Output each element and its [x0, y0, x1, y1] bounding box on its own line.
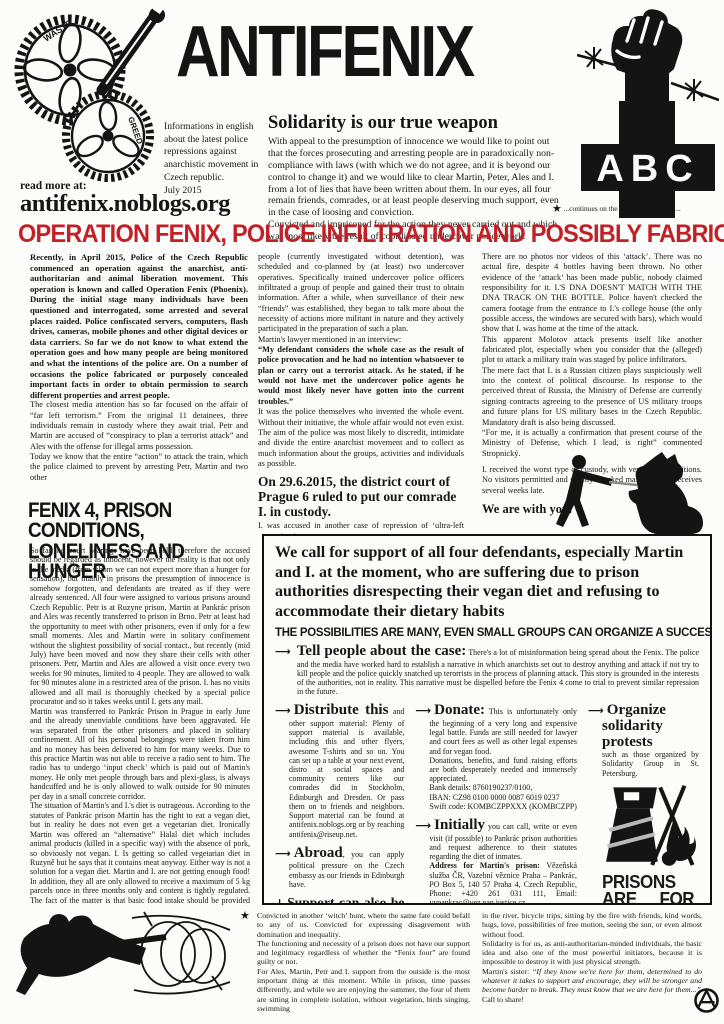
article-paragraph: There are no photos nor videos of this ‘…	[482, 252, 702, 335]
right-arrow-icon: ⟶	[588, 704, 607, 717]
footer-column-2: in the river, bicycle trips, sitting by …	[482, 911, 702, 1004]
right-arrow-icon: ⟶	[415, 704, 434, 717]
footer-paragraph: For Ales, Martin, Petr and I. support fr…	[257, 967, 470, 1013]
antifenix-flyer-page: WASTE GREED ANTIFENIX Informations in en…	[0, 0, 724, 1024]
distribute-item: ⟶Distribute this and other support mater…	[289, 703, 404, 838]
support-call-box: We call for support of all four defendan…	[262, 534, 712, 905]
creative-item: ↓Support can also be expressed through c…	[289, 896, 404, 905]
main-headline: OPERATION FENIX, POLICE INFILTRATION AND…	[18, 220, 695, 249]
right-arrow-icon: ⟶	[275, 847, 294, 860]
article-paragraph: This apparent Molotov attack presents it…	[482, 335, 702, 366]
martin-address-label: Address for Martin's prison:	[429, 861, 540, 870]
abc-fist-logo: ABC	[577, 5, 719, 218]
footer-column-1: ★ Convicted in another ‘witch’ hunt, whe…	[257, 911, 470, 1013]
sister-label: Martin's sister:	[482, 967, 529, 976]
donate-lead: Donate:	[434, 702, 485, 718]
sabotage-gears-icon: WASTE GREED	[10, 6, 168, 184]
man-pulling-horse-icon	[553, 452, 708, 534]
burning-watchtower-icon	[602, 784, 699, 870]
box-column-organize: ⟶Organize solidarity protests such as th…	[588, 703, 699, 905]
article-paragraph: Today we know that the entire “action” t…	[30, 452, 248, 483]
star-icon: ★	[552, 202, 562, 215]
support-box-grid: ⟶Distribute this and other support mater…	[275, 703, 699, 905]
right-arrow-icon: ⟶	[275, 645, 297, 658]
down-arrow-icon: ↓	[275, 897, 287, 905]
solidarity-heading: Solidarity is our true weapon	[268, 114, 560, 133]
organize-lead: Organize solidarity protests	[602, 702, 666, 749]
donate-item: ⟶Donate: This is unfortunately only the …	[429, 703, 577, 811]
initially-item: ⟶Initially you can call, write or even v…	[429, 818, 577, 905]
article-lead: Recently, in April 2015, Police of the C…	[30, 252, 248, 400]
article-paragraph: The mere fact that I. is a Russian citiz…	[482, 366, 702, 428]
fenix4-paragraph: Martin was transferred to Pankrác Prison…	[30, 707, 250, 802]
masthead-title: ANTIFENIX	[176, 16, 473, 88]
distribute-lead: Distribute this	[294, 702, 389, 718]
solidarity-body: With appeal to the presumption of innoce…	[268, 136, 560, 219]
fenix4-paragraph: So far, no court hearings have been held…	[30, 546, 250, 707]
custody-subhead: On 29.6.2015, the district court of Prag…	[258, 474, 464, 519]
box-column-distribute: ⟶Distribute this and other support mater…	[275, 703, 404, 905]
support-box-title: We call for support of all four defendan…	[275, 543, 699, 621]
right-arrow-icon: ⟶	[415, 819, 434, 832]
footer-paragraph: Convicted in another ‘witch’ hunt, where…	[257, 911, 470, 939]
organize-item: ⟶Organize solidarity protests such as th…	[602, 703, 699, 777]
prisons-slogan: PRISONS ARE FOR BURNING.	[602, 874, 694, 905]
article-paragraph: I. was accused in another case of repres…	[258, 521, 464, 535]
support-box-subtitle: THE POSSIBILITIES ARE MANY, EVEN SMALL G…	[275, 625, 686, 639]
donate-text2: Donations, benefits, and fund raising ef…	[429, 756, 577, 784]
masthead-info-text: Informations in english about the latest…	[164, 121, 260, 184]
fist-icon	[611, 9, 682, 113]
tell-people-lead: Tell people about the case:	[297, 643, 466, 659]
right-arrow-icon: ⟶	[275, 704, 294, 717]
footer-paragraph: Solidarity is for us, as anti-authoritar…	[482, 939, 702, 967]
article-column-1: Recently, in April 2015, Police of the C…	[30, 252, 248, 535]
article-paragraph: It was the police themselves who invente…	[258, 407, 464, 469]
initially-lead: Initially	[434, 817, 485, 833]
fenix4-paragraph: The situation of Martin's and I.'s diet …	[30, 801, 250, 906]
article-paragraph: people (currently investigated without d…	[258, 252, 464, 335]
article-paragraph: The closest media attention has so far f…	[30, 400, 248, 452]
footer-paragraph: in the river, bicycle trips, sitting by …	[482, 911, 702, 939]
swift-code: Swift code: KOMBCZPPXXX (KOMBCZPP)	[429, 802, 577, 811]
masthead-info: Informations in english about the latest…	[164, 121, 260, 198]
box-column-donate: ⟶Donate: This is unfortunately only the …	[415, 703, 577, 905]
footer-call: Call to share!	[482, 995, 702, 1004]
abroad-item: ⟶Abroad, you can apply political pressur…	[289, 846, 404, 889]
article-paragraph: Martin's lawyer mentioned in an intervie…	[258, 335, 464, 345]
star-icon: ★	[240, 911, 250, 920]
lawyer-quote: “My defendant considers the whole case a…	[258, 345, 464, 407]
creative-lead: Support can also be expressed through cr…	[287, 895, 404, 905]
iban: IBAN: CZ98 0100 0000 0087 6019 0237	[429, 793, 577, 802]
wire-cutting-photo	[16, 906, 234, 1002]
distribute-text: support material: Plenty of support mate…	[289, 719, 404, 838]
anarchy-circle-a-icon	[693, 987, 720, 1014]
footer-paragraph: The functioning and necessity of a priso…	[257, 939, 470, 967]
fenix4-section: So far, no court hearings have been held…	[30, 546, 250, 906]
website-url: antifenix.noblogs.org	[20, 190, 230, 218]
tell-people-item: ⟶Tell people about the case: There's a l…	[275, 644, 699, 696]
abroad-lead: Abroad	[294, 845, 343, 861]
organize-text: such as those organized by Solidarity Gr…	[602, 750, 699, 778]
abc-label: ABC	[596, 148, 699, 190]
article-column-2: people (currently investigated without d…	[258, 252, 464, 535]
bank-details: Bank details: 8760190237/0100,	[429, 783, 577, 792]
